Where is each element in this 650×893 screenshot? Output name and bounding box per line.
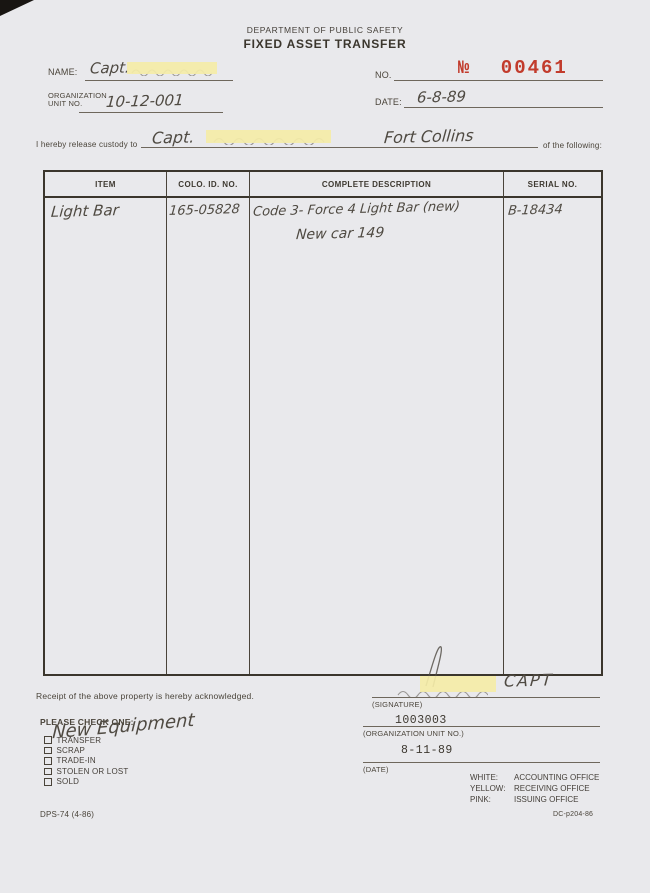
copy-office: RECEIVING OFFICE: [514, 784, 590, 795]
checkbox-scrap: [44, 747, 52, 755]
checkbox-label: SOLD: [57, 777, 80, 786]
copy-distribution: WHITE: ACCOUNTING OFFICE YELLOW: RECEIVI…: [470, 773, 599, 806]
copy-color: PINK:: [470, 795, 514, 806]
column-header-description: COMPLETE DESCRIPTION: [250, 172, 504, 198]
agency-name: DEPARTMENT OF PUBLIC SAFETY: [0, 25, 650, 35]
name-label: NAME:: [48, 67, 78, 77]
item-handwritten: Light Bar: [50, 201, 119, 221]
release-prefix: I hereby release custody to: [36, 140, 137, 149]
redaction-highlight-name: [127, 62, 217, 74]
date-handwritten: 6-8-89: [416, 87, 466, 106]
checkbox-transfer: [44, 736, 52, 744]
checkbox-label: TRADE-IN: [57, 756, 96, 765]
option-transfer: TRANSFER: [44, 735, 129, 745]
date-label: DATE:: [375, 97, 402, 107]
corner-fold-shadow: [0, 0, 34, 16]
no-label: NO.: [375, 70, 392, 80]
description-line1-handwritten: Code 3- Force 4 Light Bar (new): [252, 199, 460, 219]
ack-date-line: [363, 748, 600, 763]
cell-description: Code 3- Force 4 Light Bar (new) New car …: [250, 198, 504, 674]
asset-table: ITEM COLO. ID. NO. COMPLETE DESCRIPTION …: [43, 170, 603, 676]
form-number: DPS-74 (4-86): [40, 810, 94, 819]
signature-line: [372, 683, 600, 698]
description-line2-handwritten: New car 149: [295, 225, 384, 243]
receipt-statement: Receipt of the above property is hereby …: [36, 691, 254, 701]
serial-handwritten: B-18434: [507, 202, 563, 218]
ack-org-unit-line: [363, 712, 600, 727]
cell-serial: B-18434: [504, 198, 601, 674]
redaction-highlight-release: [206, 130, 331, 143]
option-stolen-or-lost: STOLEN OR LOST: [44, 766, 129, 776]
print-code: DC-p204-86: [553, 811, 593, 818]
cell-colo-id: 165-05828: [167, 198, 250, 674]
option-scrap: SCRAP: [44, 745, 129, 755]
copy-office: ISSUING OFFICE: [514, 795, 578, 806]
scanned-document: DEPARTMENT OF PUBLIC SAFETY FIXED ASSET …: [0, 0, 650, 893]
distribution-row: WHITE: ACCOUNTING OFFICE: [470, 773, 599, 784]
name-handwritten: Capt.: [89, 58, 130, 77]
form-title: FIXED ASSET TRANSFER: [0, 37, 650, 51]
release-custodian-handwritten: Capt.: [151, 127, 195, 147]
stamped-serial-number: № 00461: [458, 57, 568, 79]
option-trade-in: TRADE-IN: [44, 756, 129, 766]
scanner-background: [0, 841, 650, 893]
org-unit-label-2: UNIT NO.: [48, 99, 82, 108]
release-line: [141, 133, 538, 148]
checkbox-label: TRANSFER: [57, 736, 102, 745]
copy-color: WHITE:: [470, 773, 514, 784]
checkbox-sold: [44, 778, 52, 786]
org-unit-handwritten: 10-12-001: [105, 91, 184, 111]
signature-caption: (SIGNATURE): [372, 700, 422, 709]
copy-color: YELLOW:: [470, 784, 514, 795]
release-location-handwritten: Fort Collins: [383, 126, 474, 147]
distribution-row: YELLOW: RECEIVING OFFICE: [470, 784, 599, 795]
copy-office: ACCOUNTING OFFICE: [514, 773, 599, 784]
ack-org-unit-caption: (ORGANIZATION UNIT NO.): [363, 729, 464, 738]
checkbox-stolen-or-lost: [44, 768, 52, 776]
checkbox-label: STOLEN OR LOST: [57, 767, 129, 776]
option-sold: SOLD: [44, 777, 129, 787]
column-header-item: ITEM: [45, 172, 167, 198]
cell-item: Light Bar: [45, 198, 167, 674]
release-suffix: of the following:: [543, 141, 602, 150]
column-header-colo-id: COLO. ID. NO.: [167, 172, 250, 198]
colo-id-handwritten: 165-05828: [168, 202, 240, 219]
check-one-options: TRANSFER SCRAP TRADE-IN STOLEN OR LOST S…: [44, 735, 129, 787]
checkbox-trade-in: [44, 757, 52, 765]
column-header-serial: SERIAL NO.: [504, 172, 601, 198]
checkbox-label: SCRAP: [57, 746, 86, 755]
ack-date-caption: (DATE): [363, 765, 389, 774]
form-paper: DEPARTMENT OF PUBLIC SAFETY FIXED ASSET …: [0, 0, 650, 841]
distribution-row: PINK: ISSUING OFFICE: [470, 795, 599, 806]
